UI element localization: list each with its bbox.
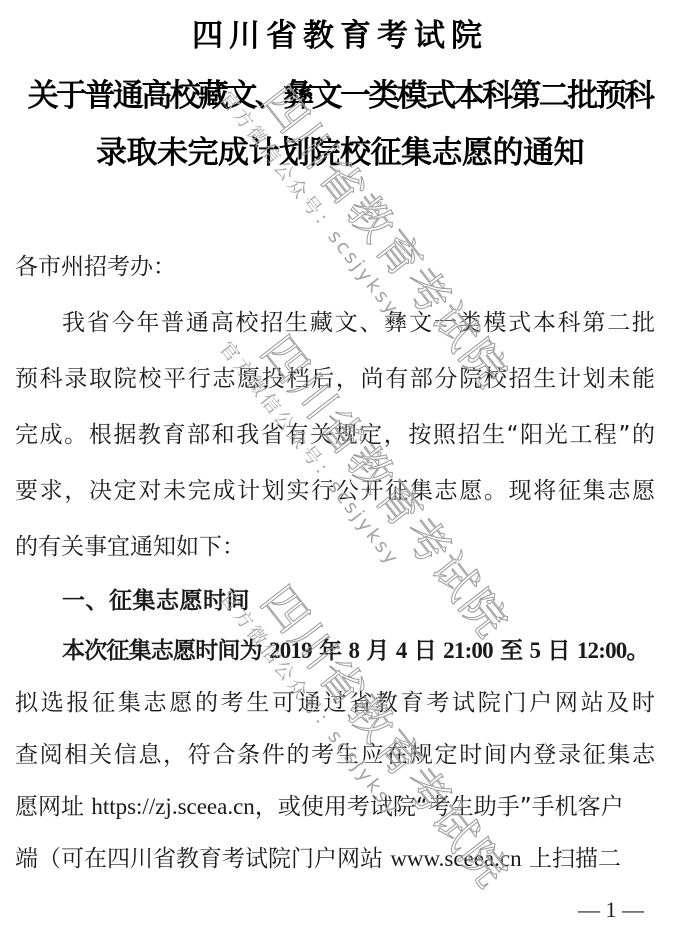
issuer-title: 四川省教育考试院 [0, 10, 680, 55]
year-unit: 年 [319, 637, 341, 664]
salutation: 各市州招考办： [15, 252, 655, 282]
portal-line: 端（可在四川省教育考试院门户网站 www.sceea.cn 上扫描二 [15, 844, 655, 874]
to-word: 至 [500, 637, 522, 664]
time-prefix: 本次征集志愿时间为 [62, 637, 262, 664]
start-day-value: 4 [396, 638, 407, 663]
notice-title-line-2: 录取未完成计划院校征集志愿的通知 [0, 127, 680, 172]
month-value: 8 [348, 638, 359, 663]
url-prefix: 愿网址 [15, 794, 84, 820]
section-heading: 一、征集志愿时间 [62, 586, 655, 616]
body-line: 完成。根据教育部和我省有关规定，按照招生“阳光工程”的 [15, 420, 655, 450]
year-value: 2019 [269, 638, 312, 663]
end-day-unit: 日 [547, 637, 569, 664]
body-line: 我省今年普通高校招生藏文、彝文一类模式本科第二批 [62, 308, 655, 338]
end-time-value: 12:00 [577, 638, 627, 663]
detail-line: 拟选报征集志愿的考生可通过省教育考试院门户网站及时 [15, 688, 655, 718]
page-number: — 1 — [578, 897, 644, 923]
month-unit: 月 [366, 637, 388, 664]
url-line: 愿网址 https://zj.sceea.cn，或使用考试院“考生助手”手机客户 [15, 792, 655, 822]
start-day-unit: 日 [414, 637, 436, 664]
body-line: 要求，决定对未完成计划实行公开征集志愿。现将征集志愿 [15, 476, 655, 506]
period: 。 [627, 637, 649, 664]
sceea-portal-link[interactable]: www.sceea.cn [390, 846, 521, 871]
portal-suffix: 上扫描二 [529, 846, 621, 872]
watermark: 四川省教育考试院 官方微信公众号：scsjyksy [231, 70, 526, 414]
zj-sceea-link[interactable]: https://zj.sceea.cn [91, 794, 255, 819]
url-suffix: ，或使用考试院“考生助手”手机客户 [255, 794, 624, 820]
start-time-value: 21:00 [443, 638, 493, 663]
portal-prefix: 端（可在四川省教育考试院门户网站 [15, 846, 383, 872]
body-line: 的有关事宜通知如下： [15, 532, 655, 562]
body-line: 预科录取院校平行志愿投档后，尚有部分院校招生计划未能 [15, 364, 655, 394]
notice-title-line-1: 关于普通高校藏文、彝文一类模式本科第二批预科 [0, 70, 680, 115]
detail-line: 查阅相关信息，符合条件的考生应在规定时间内登录征集志 [15, 740, 655, 770]
time-line: 本次征集志愿时间为 2019 年 8 月 4 日 21:00 至 5 日 12:… [62, 636, 655, 666]
document-page: 四川省教育考试院 关于普通高校藏文、彝文一类模式本科第二批预科 录取未完成计划院… [0, 0, 680, 933]
end-day-value: 5 [529, 638, 540, 663]
watermark-main-text: 四川省教育考试院 [250, 70, 527, 399]
